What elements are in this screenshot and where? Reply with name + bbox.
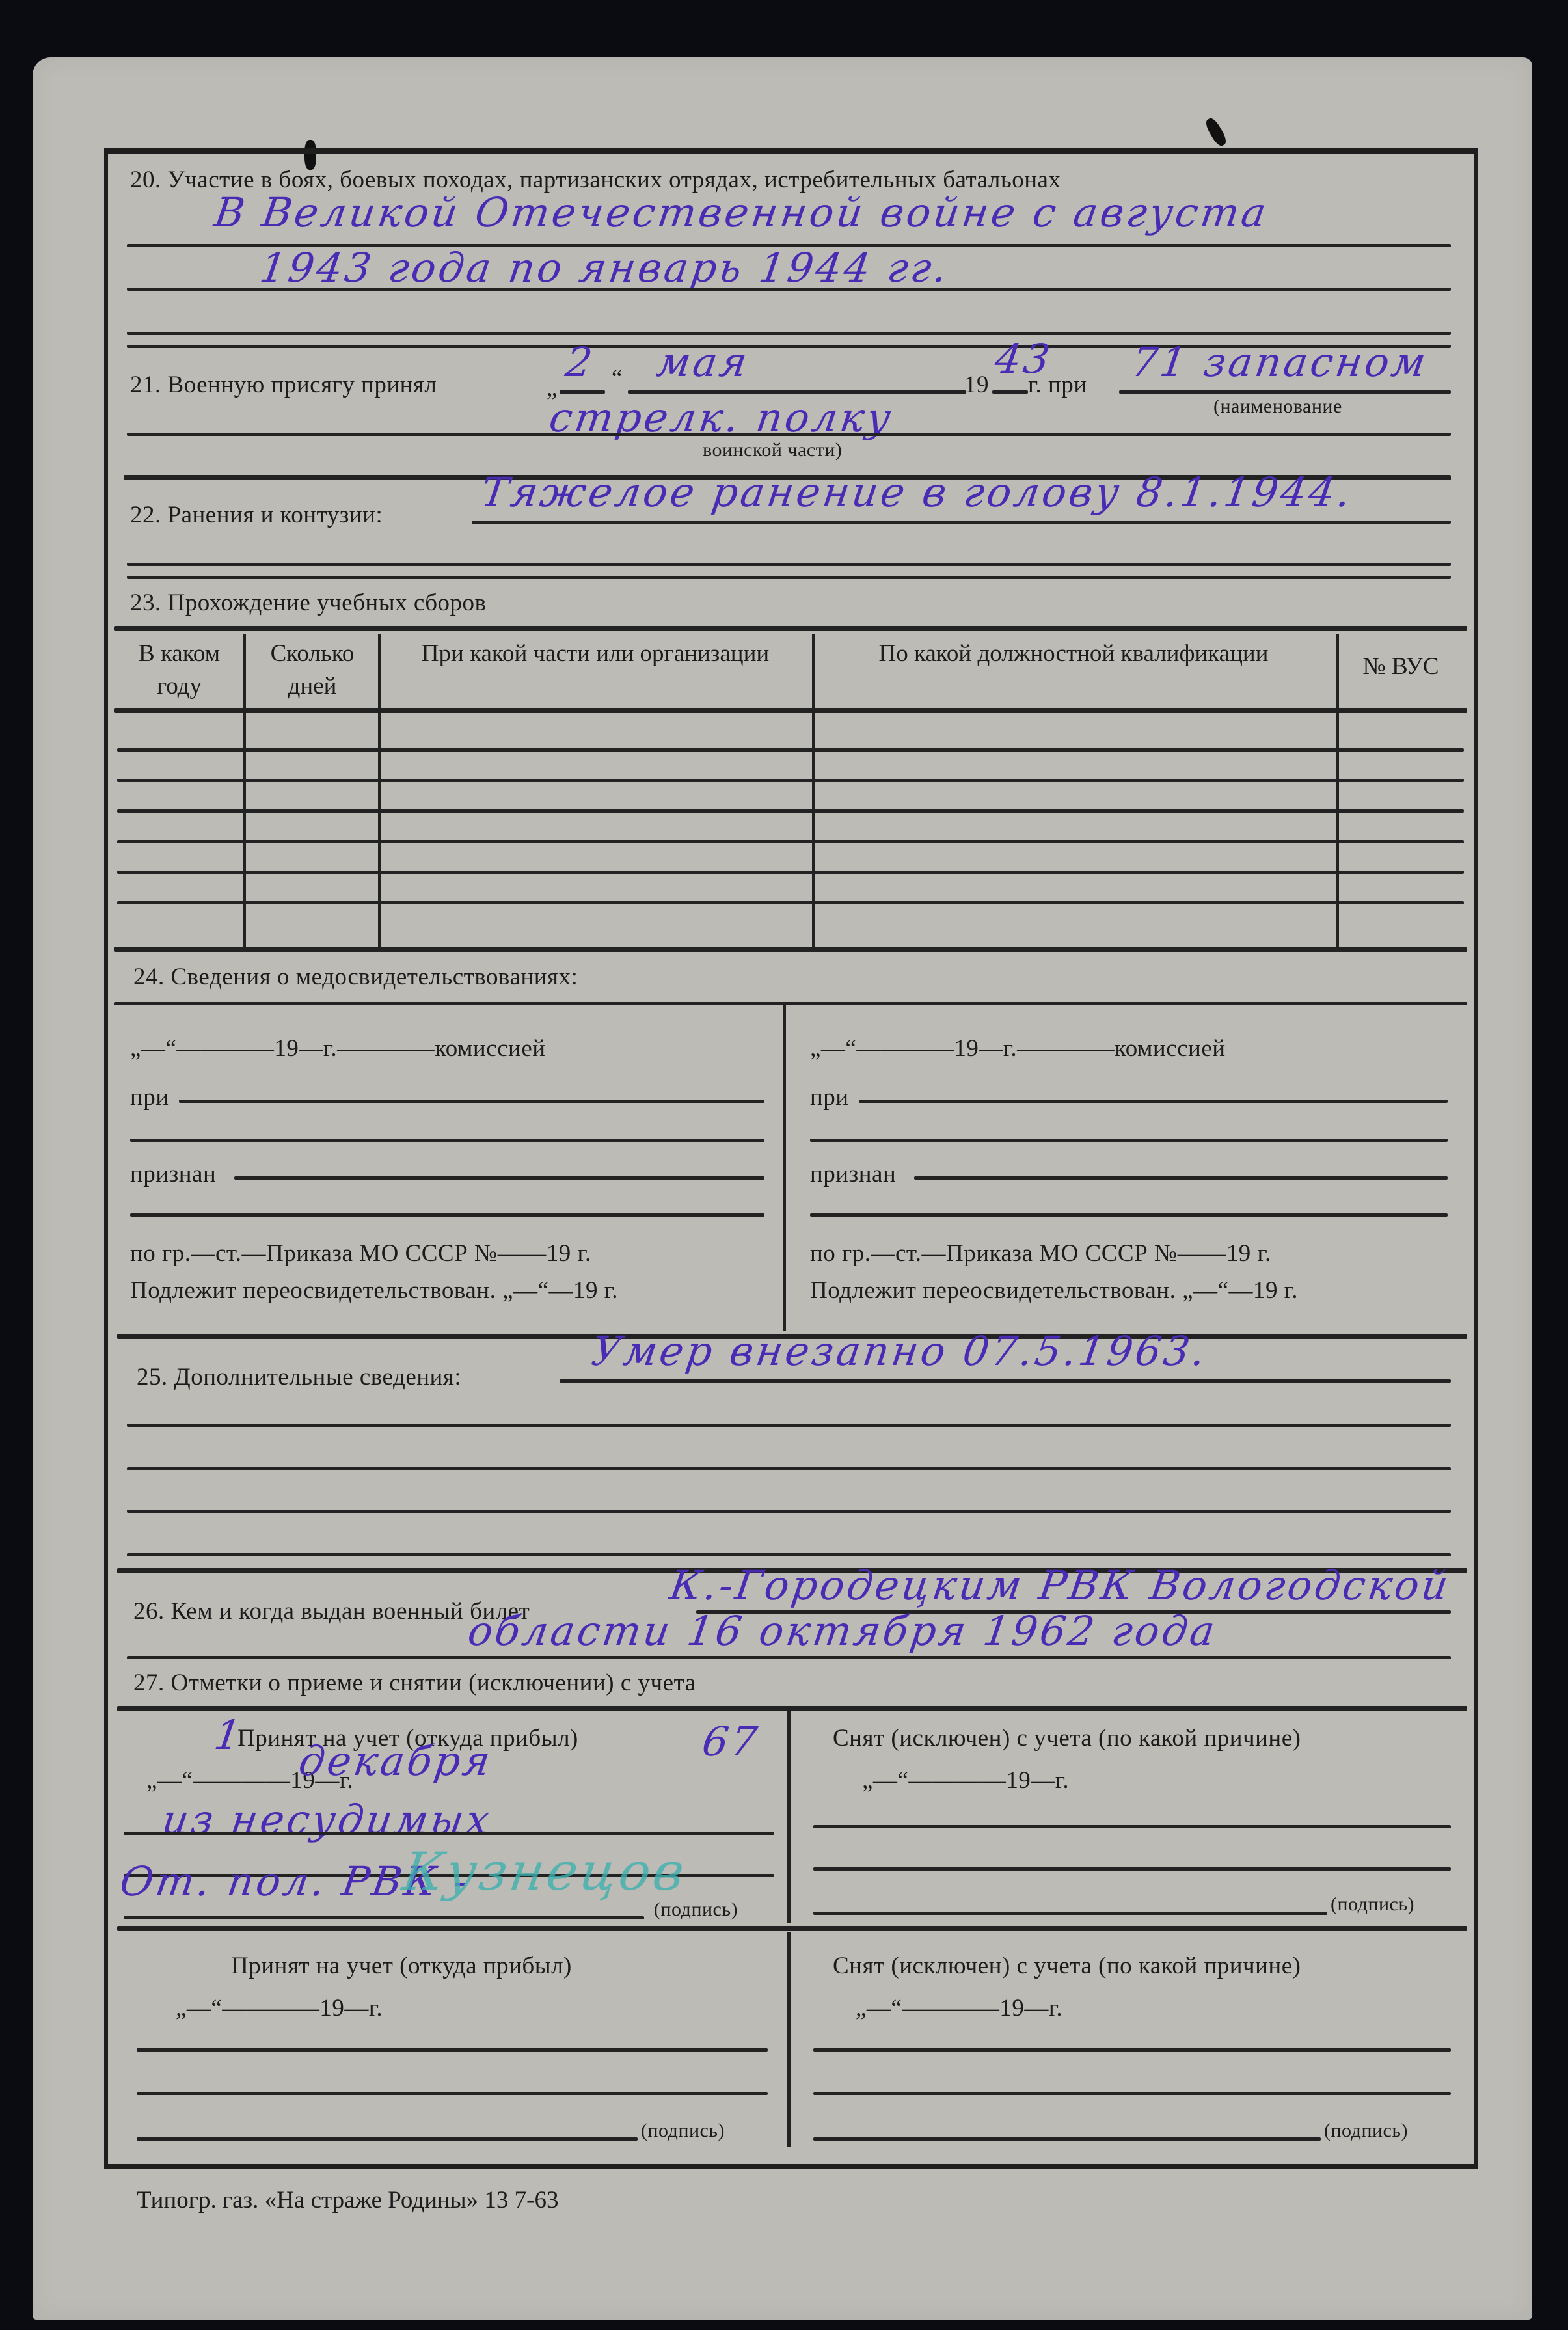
med-left-pri-label: при (130, 1083, 169, 1111)
table-col-divider-3 (812, 634, 815, 947)
section-22-line-1 (472, 521, 1451, 524)
section-27-divider-upper (787, 1711, 791, 1923)
section-20-line-3 (127, 332, 1451, 335)
accepted-2-date: „—“————19—г. (176, 1994, 383, 2022)
table-row-4 (117, 840, 1464, 843)
table-header-days: Сколько дней (247, 638, 377, 703)
med-right-line-4 (810, 1213, 1448, 1217)
med-right-priznan-line (914, 1176, 1448, 1180)
oath-unit-line-2 (127, 433, 1451, 436)
accepted-1-signature-line (124, 1916, 644, 1919)
table-bottom-line (114, 947, 1467, 952)
table-header-bottom-line (114, 708, 1467, 713)
med-right-reexam: Подлежит переосвидетельствован. „—“—19 г… (810, 1277, 1298, 1305)
removed-1-date: „—“————19—г. (862, 1767, 1069, 1795)
section-24-divider (783, 1005, 786, 1331)
section-26-handwriting-1: К.-Городецким РВК Вологодской (667, 1562, 1453, 1609)
removed-2-line-2 (813, 2092, 1451, 2095)
section-26-handwriting-2: области 16 октября 1962 года (465, 1607, 1221, 1655)
removed-1-line-2 (813, 1867, 1451, 1871)
removed-1-signature-line (813, 1912, 1327, 1915)
med-left-reexam: Подлежит переосвидетельствован. „—“—19 г… (130, 1277, 618, 1305)
table-header-unit: При какой части или организации (403, 638, 787, 670)
oath-unit-handwriting-1: 71 запасном (1129, 338, 1431, 386)
med-right-pri-label: при (810, 1083, 849, 1111)
section-20-line-2 (127, 288, 1451, 291)
med-right-pri-line (859, 1100, 1448, 1103)
accepted-1-from-handwriting: из несудимых (159, 1796, 495, 1843)
table-header-qualification: По какой должностной квалификации (865, 638, 1282, 670)
section-24-top-line (114, 1002, 1467, 1005)
section-22-line-2 (127, 563, 1451, 566)
oath-month-handwriting: мая (654, 338, 753, 386)
med-left-date-line: „—“————19—г.————комиссией (130, 1035, 546, 1063)
section-25-line-5 (127, 1553, 1451, 1556)
section-25-line-4 (127, 1510, 1451, 1513)
oath-unit-hint-1: (наименование (1213, 396, 1342, 418)
section-26-line-2 (127, 1656, 1451, 1659)
table-row-6 (117, 901, 1464, 904)
table-col-divider-1 (243, 634, 246, 947)
table-row-2 (117, 779, 1464, 782)
med-left-pri-line (179, 1100, 764, 1103)
section-27-label: 27. Отметки о приеме и снятии (исключени… (133, 1669, 696, 1697)
oath-year-suffix: г. при (1028, 371, 1087, 399)
removed-1-line-1 (813, 1825, 1451, 1828)
accepted-2-line-1 (137, 2048, 768, 2052)
oath-year-line (992, 390, 1028, 394)
section-27-top-line (117, 1706, 1467, 1711)
removed-2-signature-hint: (подпись) (1324, 2120, 1408, 2142)
oath-year-prefix: 19 (964, 371, 989, 399)
med-left-line-2 (130, 1139, 764, 1142)
section-25-line-1 (560, 1379, 1451, 1383)
oath-quote-close: “ (612, 364, 623, 392)
removed-2-signature-line (813, 2137, 1321, 2141)
med-right-line-2 (810, 1139, 1448, 1142)
section-25-line-3 (127, 1467, 1451, 1470)
section-21-label: 21. Военную присягу принял (130, 371, 437, 399)
removed-2-line-1 (813, 2048, 1451, 2052)
section-22-handwriting: Тяжелое ранение в голову 8.1.1944. (478, 468, 1356, 516)
removed-2-title: Снят (исключен) с учета (по какой причин… (833, 1952, 1301, 1980)
med-left-priznan-label: признан (130, 1160, 216, 1188)
printer-imprint: Типогр. газ. «На страже Родины» 13 7-63 (137, 2186, 558, 2214)
med-left-order: по гр.—ст.—Приказа МО СССР №——19 г. (130, 1240, 591, 1267)
section-22-label: 22. Ранения и контузии: (130, 501, 383, 529)
med-left-priznan-line (234, 1176, 764, 1180)
table-header-vus: № ВУС (1339, 651, 1463, 683)
section-25-label: 25. Дополнительные сведения: (137, 1363, 461, 1391)
med-right-date-line: „—“————19—г.————комиссией (810, 1035, 1226, 1063)
removed-1-title: Снят (исключен) с учета (по какой причин… (833, 1724, 1301, 1752)
accepted-1-month-handwriting: декабря (296, 1737, 496, 1785)
med-right-order: по гр.—ст.—Приказа МО СССР №——19 г. (810, 1240, 1271, 1267)
section-24-label: 24. Сведения о медосвидетельствованиях: (133, 963, 578, 991)
accepted-1-line-1 (124, 1832, 774, 1835)
table-row-3 (117, 809, 1464, 813)
accepted-2-line-2 (137, 2092, 768, 2095)
accepted-1-signature: Кузнецов (399, 1841, 690, 1902)
med-right-priznan-label: признан (810, 1160, 896, 1188)
oath-unit-hint-2: воинской части) (703, 439, 842, 461)
table-row-1 (117, 748, 1464, 752)
table-row-5 (117, 871, 1464, 874)
accepted-2-title: Принят на учет (откуда прибыл) (231, 1952, 572, 1980)
section-25-line-2 (127, 1424, 1451, 1427)
section-22-line-3 (127, 576, 1451, 579)
section-25-handwriting: Умер внезапно 07.5.1963. (589, 1327, 1211, 1375)
section-27-middle-line (117, 1926, 1467, 1931)
section-20-handwriting-1: В Великой Отечественной войне с августа (211, 189, 1272, 236)
removed-1-signature-hint: (подпись) (1331, 1893, 1414, 1916)
oath-unit-line-1 (1119, 390, 1451, 394)
table-col-divider-2 (378, 634, 381, 947)
table-top-line (114, 626, 1467, 631)
section-20-handwriting-2: 1943 года по январь 1944 гг. (257, 244, 953, 291)
accepted-2-signature-line (137, 2137, 638, 2141)
removed-2-date: „—“————19—г. (856, 1994, 1062, 2022)
section-27-divider-lower (787, 1932, 791, 2147)
accepted-2-signature-hint: (подпись) (641, 2120, 725, 2142)
accepted-1-signature-hint: (подпись) (654, 1899, 738, 1921)
med-left-line-4 (130, 1213, 764, 1217)
section-23-label: 23. Прохождение учебных сборов (130, 589, 487, 617)
accepted-1-year-handwriting: 67 (699, 1718, 763, 1765)
table-header-year: В каком году (116, 638, 243, 703)
